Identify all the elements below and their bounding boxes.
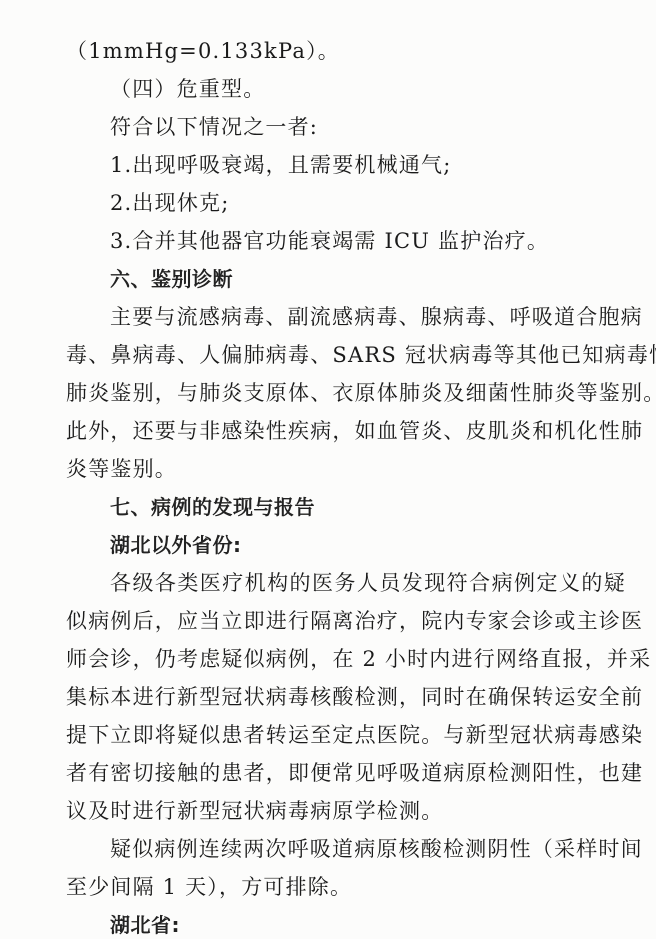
paragraph-line: 似病例后，应当立即进行隔离治疗，院内专家会诊或主诊医 (66, 602, 626, 640)
paragraph-line: 师会诊，仍考虑疑似病例，在 2 小时内进行网络直报，并采 (66, 640, 626, 678)
paragraph-line: 提下立即将疑似患者转运至定点医院。与新型冠状病毒感染 (66, 716, 626, 754)
subsection-heading: 湖北省: (110, 906, 656, 939)
paragraph-line: 疑似病例连续两次呼吸道病原核酸检测阴性（采样时间 (110, 830, 626, 868)
paragraph-line: 符合以下情况之一者: (110, 108, 656, 146)
paragraph-line: 者有密切接触的患者，即便常见呼吸道病原检测阳性，也建 (66, 754, 626, 792)
list-item: 1.出现呼吸衰竭，且需要机械通气; (110, 146, 656, 184)
paragraph-line: 炎等鉴别。 (66, 450, 626, 488)
subsection-title: （四）危重型。 (110, 70, 656, 108)
paragraph-line: 此外，还要与非感染性疾病，如血管炎、皮肌炎和机化性肺 (66, 412, 626, 450)
paragraph-line: 肺炎鉴别，与肺炎支原体、衣原体肺炎及细菌性肺炎等鉴别。 (66, 374, 626, 412)
section-heading: 六、鉴别诊断 (110, 260, 656, 298)
subsection-heading: 湖北以外省份: (110, 526, 656, 564)
list-item: 3.合并其他器官功能衰竭需 ICU 监护治疗。 (110, 222, 656, 260)
paragraph-line: 主要与流感病毒、副流感病毒、腺病毒、呼吸道合胞病 (110, 298, 626, 336)
paragraph-line: 议及时进行新型冠状病毒病原学检测。 (66, 792, 626, 830)
paragraph-line: （1mmHg=0.133kPa）。 (66, 32, 626, 70)
list-item: 2.出现休克; (110, 184, 656, 222)
section-heading: 七、病例的发现与报告 (110, 488, 656, 526)
paragraph-line: 各级各类医疗机构的医务人员发现符合病例定义的疑 (110, 564, 626, 602)
paragraph-line: 毒、鼻病毒、人偏肺病毒、SARS 冠状病毒等其他已知病毒性 (66, 336, 626, 374)
document-page: （1mmHg=0.133kPa）。 （四）危重型。 符合以下情况之一者: 1.出… (0, 0, 656, 939)
paragraph-line: 集标本进行新型冠状病毒核酸检测，同时在确保转运安全前 (66, 678, 626, 716)
paragraph-line: 至少间隔 1 天），方可排除。 (66, 868, 626, 906)
